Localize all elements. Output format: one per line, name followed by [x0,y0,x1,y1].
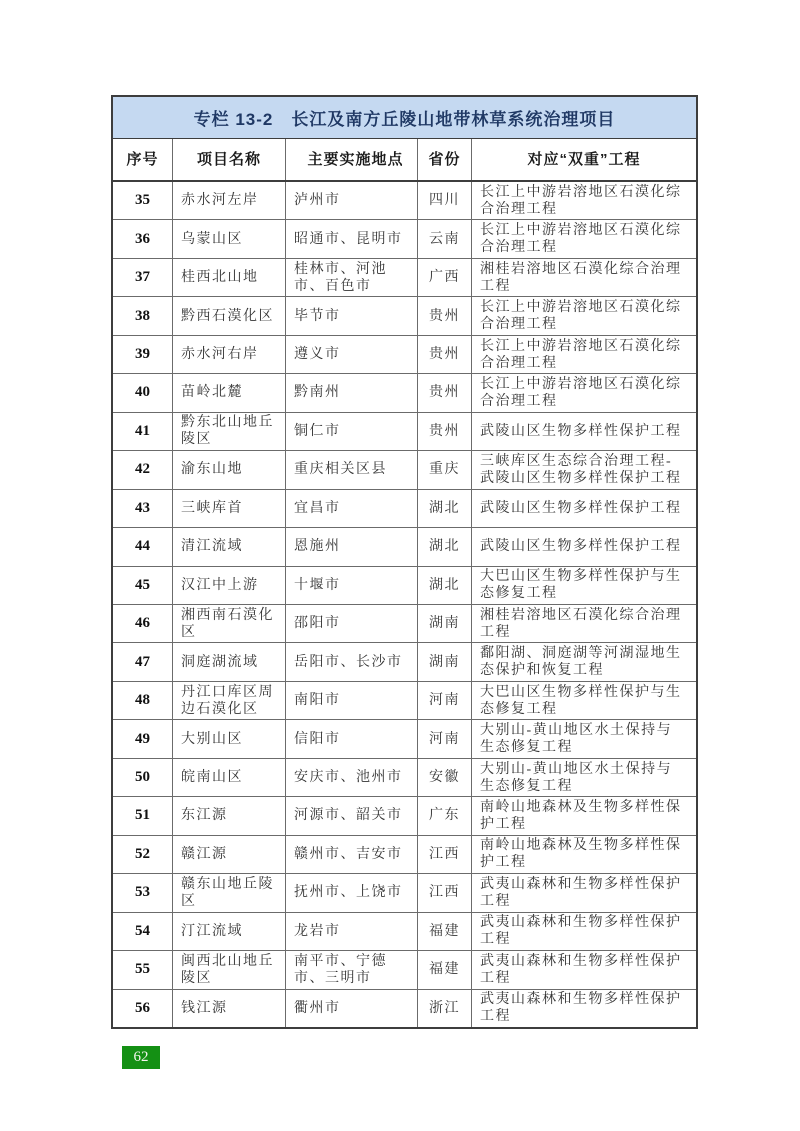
cell-corresponding-project: 武陵山区生物多样性保护工程 [472,413,696,450]
table-row: 42 渝东山地 重庆相关区县 重庆 三峡库区生态综合治理工程-武陵山区生物多样性… [113,451,696,489]
table-row: 40 苗岭北麓 黔南州 贵州 长江上中游岩溶地区石漠化综合治理工程 [113,374,696,412]
cell-implementation-location: 河源市、韶关市 [286,797,418,834]
cell-implementation-location: 黔南州 [286,374,418,411]
cell-province: 贵州 [418,374,472,411]
table-row: 48 丹江口库区周边石漠化区 南阳市 河南 大巴山区生物多样性保护与生态修复工程 [113,682,696,720]
cell-implementation-location: 赣州市、吉安市 [286,836,418,873]
cell-implementation-location: 十堰市 [286,567,418,604]
cell-corresponding-project: 湘桂岩溶地区石漠化综合治理工程 [472,605,696,642]
table-row: 43 三峡库首 宜昌市 湖北 武陵山区生物多样性保护工程 [113,490,696,528]
cell-province: 浙江 [418,990,472,1027]
cell-corresponding-project: 武陵山区生物多样性保护工程 [472,528,696,565]
header-project-name: 项目名称 [173,139,286,180]
cell-implementation-location: 毕节市 [286,297,418,334]
cell-project-name: 桂西北山地 [173,259,286,296]
table-row: 44 清江流域 恩施州 湖北 武陵山区生物多样性保护工程 [113,528,696,566]
cell-serial-number: 47 [113,643,173,680]
cell-project-name: 渝东山地 [173,451,286,488]
cell-implementation-location: 铜仁市 [286,413,418,450]
cell-province: 福建 [418,951,472,988]
cell-serial-number: 46 [113,605,173,642]
cell-province: 贵州 [418,413,472,450]
cell-serial-number: 55 [113,951,173,988]
header-implementation-location: 主要实施地点 [286,139,418,180]
cell-implementation-location: 桂林市、河池市、百色市 [286,259,418,296]
cell-implementation-location: 恩施州 [286,528,418,565]
cell-serial-number: 50 [113,759,173,796]
cell-corresponding-project: 湘桂岩溶地区石漠化综合治理工程 [472,259,696,296]
cell-serial-number: 37 [113,259,173,296]
cell-corresponding-project: 武夷山森林和生物多样性保护工程 [472,951,696,988]
cell-province: 贵州 [418,336,472,373]
project-table: 专栏 13-2 长江及南方丘陵山地带林草系统治理项目 序号 项目名称 主要实施地… [111,95,698,1029]
cell-project-name: 清江流域 [173,528,286,565]
cell-corresponding-project: 长江上中游岩溶地区石漠化综合治理工程 [472,182,696,219]
cell-province: 安徽 [418,759,472,796]
cell-province: 湖北 [418,567,472,604]
cell-corresponding-project: 大巴山区生物多样性保护与生态修复工程 [472,682,696,719]
cell-corresponding-project: 长江上中游岩溶地区石漠化综合治理工程 [472,336,696,373]
table-row: 53 赣东山地丘陵区 抚州市、上饶市 江西 武夷山森林和生物多样性保护工程 [113,874,696,912]
cell-serial-number: 35 [113,182,173,219]
cell-province: 广东 [418,797,472,834]
document-page: { "table": { "title": "专栏 13-2 长江及南方丘陵山地… [0,0,800,1131]
table-row: 47 洞庭湖流域 岳阳市、长沙市 湖南 鄱阳湖、洞庭湖等河湖湿地生态保护和恢复工… [113,643,696,681]
cell-serial-number: 40 [113,374,173,411]
header-province: 省份 [418,139,472,180]
cell-serial-number: 38 [113,297,173,334]
table-row: 45 汉江中上游 十堰市 湖北 大巴山区生物多样性保护与生态修复工程 [113,567,696,605]
cell-project-name: 汉江中上游 [173,567,286,604]
cell-corresponding-project: 武陵山区生物多样性保护工程 [472,490,696,527]
cell-implementation-location: 南平市、宁德市、三明市 [286,951,418,988]
cell-province: 贵州 [418,297,472,334]
cell-project-name: 洞庭湖流域 [173,643,286,680]
cell-province: 四川 [418,182,472,219]
cell-corresponding-project: 长江上中游岩溶地区石漠化综合治理工程 [472,297,696,334]
table-row: 50 皖南山区 安庆市、池州市 安徽 大别山-黄山地区水土保持与生态修复工程 [113,759,696,797]
cell-project-name: 皖南山区 [173,759,286,796]
table-row: 35 赤水河左岸 泸州市 四川 长江上中游岩溶地区石漠化综合治理工程 [113,182,696,220]
cell-implementation-location: 南阳市 [286,682,418,719]
cell-serial-number: 45 [113,567,173,604]
table-row: 51 东江源 河源市、韶关市 广东 南岭山地森林及生物多样性保护工程 [113,797,696,835]
cell-province: 江西 [418,836,472,873]
cell-implementation-location: 宜昌市 [286,490,418,527]
cell-serial-number: 36 [113,220,173,257]
table-row: 55 闽西北山地丘陵区 南平市、宁德市、三明市 福建 武夷山森林和生物多样性保护… [113,951,696,989]
cell-corresponding-project: 长江上中游岩溶地区石漠化综合治理工程 [472,220,696,257]
table-row: 52 赣江源 赣州市、吉安市 江西 南岭山地森林及生物多样性保护工程 [113,836,696,874]
page-number-badge: 62 [122,1046,160,1069]
table-row: 37 桂西北山地 桂林市、河池市、百色市 广西 湘桂岩溶地区石漠化综合治理工程 [113,259,696,297]
cell-serial-number: 41 [113,413,173,450]
cell-project-name: 汀江流域 [173,913,286,950]
cell-project-name: 赣江源 [173,836,286,873]
cell-province: 湖南 [418,643,472,680]
cell-project-name: 东江源 [173,797,286,834]
cell-province: 江西 [418,874,472,911]
cell-project-name: 赣东山地丘陵区 [173,874,286,911]
cell-project-name: 赤水河右岸 [173,336,286,373]
cell-project-name: 黔西石漠化区 [173,297,286,334]
cell-serial-number: 48 [113,682,173,719]
table-row: 41 黔东北山地丘陵区 铜仁市 贵州 武陵山区生物多样性保护工程 [113,413,696,451]
cell-province: 广西 [418,259,472,296]
cell-implementation-location: 龙岩市 [286,913,418,950]
cell-implementation-location: 安庆市、池州市 [286,759,418,796]
cell-project-name: 三峡库首 [173,490,286,527]
table-row: 54 汀江流域 龙岩市 福建 武夷山森林和生物多样性保护工程 [113,913,696,951]
header-corresponding-project: 对应“双重”工程 [472,139,696,180]
cell-province: 河南 [418,682,472,719]
cell-serial-number: 44 [113,528,173,565]
cell-implementation-location: 衢州市 [286,990,418,1027]
cell-project-name: 闽西北山地丘陵区 [173,951,286,988]
table-header-row: 序号 项目名称 主要实施地点 省份 对应“双重”工程 [113,139,696,182]
cell-implementation-location: 遵义市 [286,336,418,373]
cell-serial-number: 39 [113,336,173,373]
table-row: 36 乌蒙山区 昭通市、昆明市 云南 长江上中游岩溶地区石漠化综合治理工程 [113,220,696,258]
cell-serial-number: 43 [113,490,173,527]
cell-corresponding-project: 大别山-黄山地区水土保持与生态修复工程 [472,720,696,757]
table-row: 46 湘西南石漠化区 邵阳市 湖南 湘桂岩溶地区石漠化综合治理工程 [113,605,696,643]
cell-province: 福建 [418,913,472,950]
cell-corresponding-project: 武夷山森林和生物多样性保护工程 [472,913,696,950]
cell-corresponding-project: 武夷山森林和生物多样性保护工程 [472,990,696,1027]
cell-corresponding-project: 南岭山地森林及生物多样性保护工程 [472,836,696,873]
cell-implementation-location: 重庆相关区县 [286,451,418,488]
cell-project-name: 丹江口库区周边石漠化区 [173,682,286,719]
cell-province: 湖北 [418,490,472,527]
cell-project-name: 乌蒙山区 [173,220,286,257]
cell-corresponding-project: 大别山-黄山地区水土保持与生态修复工程 [472,759,696,796]
table-body: 35 赤水河左岸 泸州市 四川 长江上中游岩溶地区石漠化综合治理工程 36 乌蒙… [113,182,696,1027]
cell-serial-number: 49 [113,720,173,757]
cell-province: 湖南 [418,605,472,642]
cell-implementation-location: 岳阳市、长沙市 [286,643,418,680]
cell-corresponding-project: 长江上中游岩溶地区石漠化综合治理工程 [472,374,696,411]
cell-corresponding-project: 大巴山区生物多样性保护与生态修复工程 [472,567,696,604]
cell-implementation-location: 抚州市、上饶市 [286,874,418,911]
cell-project-name: 钱江源 [173,990,286,1027]
cell-corresponding-project: 三峡库区生态综合治理工程-武陵山区生物多样性保护工程 [472,451,696,488]
cell-implementation-location: 昭通市、昆明市 [286,220,418,257]
cell-serial-number: 51 [113,797,173,834]
table-row: 39 赤水河右岸 遵义市 贵州 长江上中游岩溶地区石漠化综合治理工程 [113,336,696,374]
cell-project-name: 苗岭北麓 [173,374,286,411]
table-title: 专栏 13-2 长江及南方丘陵山地带林草系统治理项目 [113,97,696,139]
cell-corresponding-project: 鄱阳湖、洞庭湖等河湖湿地生态保护和恢复工程 [472,643,696,680]
cell-serial-number: 54 [113,913,173,950]
header-serial-number: 序号 [113,139,173,180]
cell-implementation-location: 邵阳市 [286,605,418,642]
cell-province: 河南 [418,720,472,757]
cell-serial-number: 42 [113,451,173,488]
cell-province: 重庆 [418,451,472,488]
cell-corresponding-project: 武夷山森林和生物多样性保护工程 [472,874,696,911]
cell-province: 湖北 [418,528,472,565]
cell-province: 云南 [418,220,472,257]
cell-implementation-location: 信阳市 [286,720,418,757]
cell-project-name: 大别山区 [173,720,286,757]
cell-project-name: 赤水河左岸 [173,182,286,219]
cell-serial-number: 52 [113,836,173,873]
cell-serial-number: 53 [113,874,173,911]
table-row: 49 大别山区 信阳市 河南 大别山-黄山地区水土保持与生态修复工程 [113,720,696,758]
cell-implementation-location: 泸州市 [286,182,418,219]
cell-serial-number: 56 [113,990,173,1027]
table-row: 56 钱江源 衢州市 浙江 武夷山森林和生物多样性保护工程 [113,990,696,1027]
cell-corresponding-project: 南岭山地森林及生物多样性保护工程 [472,797,696,834]
table-row: 38 黔西石漠化区 毕节市 贵州 长江上中游岩溶地区石漠化综合治理工程 [113,297,696,335]
cell-project-name: 湘西南石漠化区 [173,605,286,642]
cell-project-name: 黔东北山地丘陵区 [173,413,286,450]
